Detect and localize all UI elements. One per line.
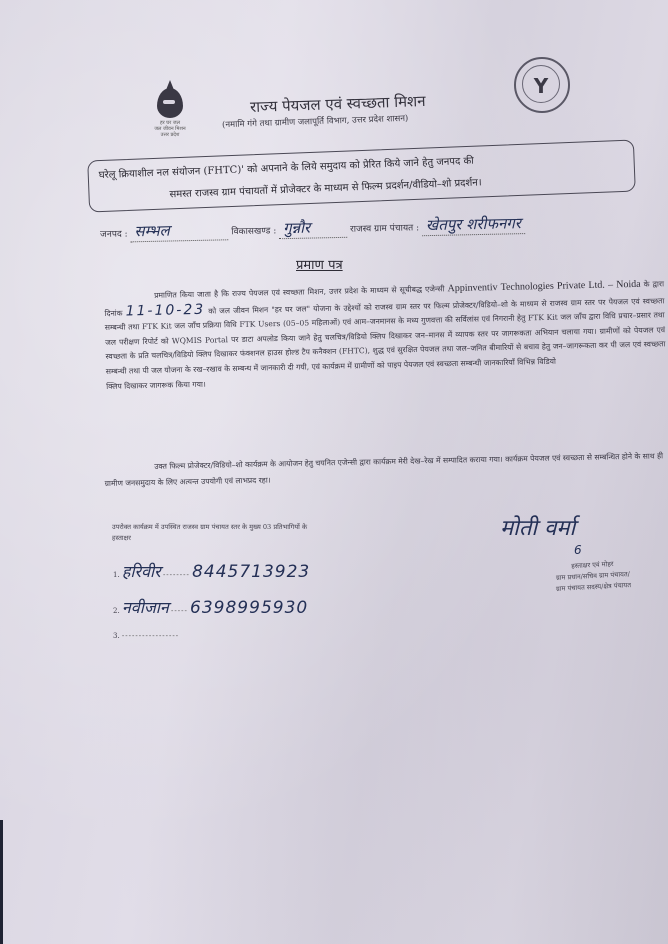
participant-phone: 8445713923 [192,562,310,582]
jal-jeevan-mission-logo: हर घर जल जल जीवन मिशन उत्तर प्रदेश [150,88,190,146]
district-value: सम्भल [130,219,228,242]
participant-row: 3. ----------------- [113,632,179,640]
certificate-body: प्रमाणित किया जाता है कि राज्य पेयजल एवं… [104,277,666,394]
participant-row: 1. हरिवीर -------- 8445713923 [113,560,310,582]
signatory-caption: हस्ताक्षर एवं मोहर ग्राम प्रधान/सचिव ग्र… [527,557,659,597]
signatory-signature: मोती वर्मा [500,512,575,542]
signatory-mark: 6 [574,543,582,557]
paragraph-1: प्रमाणित किया जाता है कि राज्य पेयजल एवं… [104,277,666,379]
program-date: 11-10-23 [125,301,205,319]
certificate-title: प्रमाण पत्र [296,255,343,273]
block-label: विकासखण्ड : [231,226,276,237]
up-govt-emblem-icon: Y [514,57,570,113]
participant-signature: हरिवीर [122,562,161,581]
participant-signature: नवीजान [122,598,169,617]
water-drop-tap-icon [157,88,183,118]
banner-line-2: समस्त राजस्व ग्राम पंचायतों में प्रोजेक्… [169,174,482,200]
panchayat-label: राजस्व ग्राम पंचायत : [350,223,419,234]
background-edge [0,820,3,944]
agency-name-1: Appinventiv [447,282,497,294]
logo-caption: हर घर जल जल जीवन मिशन उत्तर प्रदेश [150,120,190,138]
paragraph-2: उक्त फिल्म प्रोजेक्टर/विडियो–शो कार्यक्र… [104,440,665,499]
district-label: जनपद : [100,229,128,240]
participant-row: 2. नवीजान ----- 6398995930 [113,596,308,618]
participants-intro: उपरोक्त कार्यक्रम में उपस्थित राजस्व ग्र… [112,522,312,544]
location-fields: जनपद : सम्भल विकासखण्ड : गुन्नौर राजस्व … [100,210,668,243]
subject-banner: घरेलू क्रियाशील नल संयोजन (FHTC)' को अपन… [87,140,636,213]
block-value: गुन्नौर [279,217,347,239]
agency-name-2: Technologies Private Ltd. – Noida [501,279,641,293]
panchayat-value: खेतपुर शरीफनगर [422,213,525,236]
participant-phone: 6398995930 [190,598,308,618]
document-paper: हर घर जल जल जीवन मिशन उत्तर प्रदेश Y राज… [0,0,668,944]
